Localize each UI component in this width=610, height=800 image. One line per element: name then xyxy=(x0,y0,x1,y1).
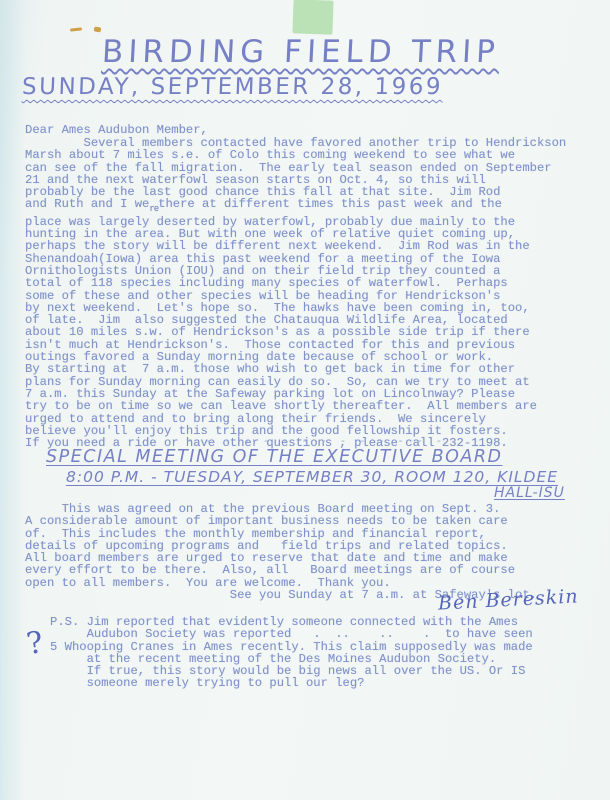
handwritten-insertion: re xyxy=(149,204,158,214)
ps-paragraph: P.S. Jim reported that evidently someone… xyxy=(50,616,590,690)
meeting-location-continued: HALL-ISU xyxy=(494,485,565,501)
meeting-heading: SPECIAL MEETING OF THE EXECUTIVE BOARD xyxy=(46,447,503,467)
letter-page: BIRDING FIELD TRIP SUNDAY, SEPTEMBER 28,… xyxy=(0,0,610,800)
body-text-after-correction: there at different times this past week … xyxy=(25,197,537,450)
stain-mark xyxy=(94,27,102,33)
letter-title: BIRDING FIELD TRIP xyxy=(101,34,501,70)
margin-question-mark: ? xyxy=(24,625,46,662)
meeting-time-location: 8:00 P.M. - TUESDAY, SEPTEMBER 30, ROOM … xyxy=(66,468,558,486)
tape-mark xyxy=(292,0,333,35)
stain-mark xyxy=(70,27,82,31)
meeting-paragraph: This was agreed on at the previous Board… xyxy=(25,503,590,601)
salutation: Dear Ames Audubon Member, xyxy=(25,124,208,136)
body-paragraph: Several members contacted have favored a… xyxy=(25,137,590,449)
letter-date: SUNDAY, SEPTEMBER 28, 1969 xyxy=(22,74,444,100)
